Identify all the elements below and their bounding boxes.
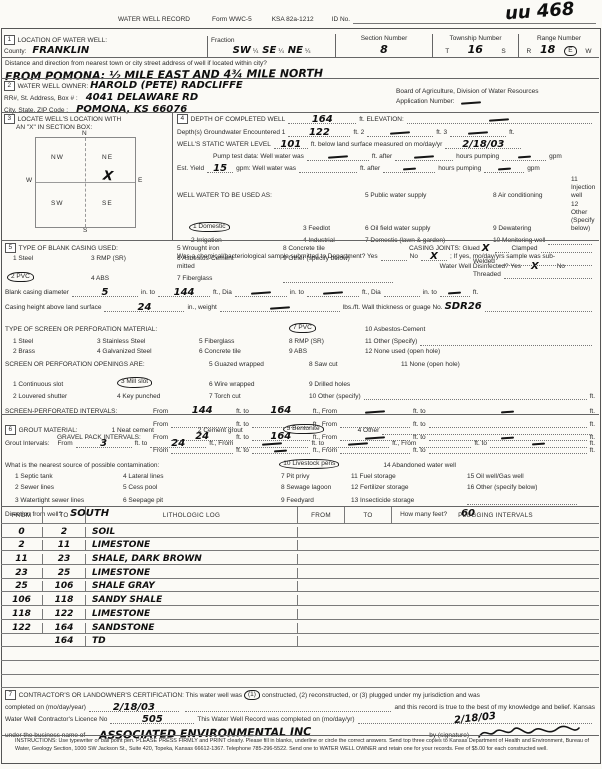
ne-label: NE [102, 154, 113, 162]
form-header: WATER WELL RECORD Form WWC-5 KSA 82a-121… [118, 15, 596, 24]
plug-from-cell [298, 646, 345, 647]
log-from-cell: 25 [1, 581, 43, 592]
grout-title: GROUT MATERIAL: [19, 427, 78, 435]
log-to-cell: 23 [43, 554, 86, 565]
plug-from-cell [298, 605, 345, 606]
joints-glued-x: X [482, 245, 490, 253]
cert-completed-date: 2/18/03 [113, 704, 155, 712]
range-cell: Range Number R 18 E W [518, 34, 599, 57]
use-option-12: 12 Other (Specify below) [571, 201, 595, 232]
opening-option-3-circled: 3 Mill slot [117, 377, 152, 387]
owner-label: WATER WELL OWNER: [18, 83, 89, 91]
plug-to-cell [345, 591, 392, 592]
openings-grid: SCREEN OR PERFORATION OPENINGS ARE: 5 Gu… [5, 361, 595, 401]
plug-interval-cell [392, 646, 599, 647]
table-row: 2 11 LIMESTONE [1, 538, 599, 552]
section-6-number: 6 [5, 425, 16, 435]
cert-line-2a: completed on (mo/day/year) [5, 704, 86, 712]
pump-hours-label: hours pumping [456, 153, 499, 161]
range-w: W [585, 48, 591, 56]
plug-interval-cell [392, 550, 599, 551]
contamination-option-12: 12 Fertilizer storage [351, 484, 467, 492]
section-1-number: 1 [4, 35, 15, 45]
id-blank-line [353, 15, 596, 24]
range-label: Range Number [522, 35, 596, 43]
pump-after-dash [414, 156, 434, 159]
joints-label: CASING JOINTS: Glued [409, 245, 480, 253]
table-row [1, 675, 599, 689]
casing-height-value: 24 [138, 304, 152, 312]
township-cell: Township Number T 16 S [432, 34, 518, 57]
groundwater-ft3: ft. 3 [436, 129, 447, 137]
plug-to-cell [345, 633, 392, 634]
grout-dash-2 [348, 443, 368, 446]
screen-option-8: 8 RMP (SR) [289, 338, 365, 346]
contamination-option-8: 8 Sewage lagoon [235, 484, 351, 492]
static-level-mid: ft. below land surface measured on mo/da… [311, 141, 443, 149]
grout-ftto3-label: ft. to [474, 440, 487, 448]
depth-value: 164 [312, 116, 333, 124]
log-from-cell [1, 646, 43, 647]
casing-option-5: 5 Wrought iron [177, 245, 283, 253]
screen-option-2: 2 Brass [5, 348, 97, 356]
diameter-dash-1 [251, 291, 271, 294]
diameter-label: Blank casing diameter [5, 289, 69, 297]
section-number-value: 8 [339, 43, 429, 56]
log-from-cell: 122 [1, 623, 43, 634]
casing-sdr-value: SDR26 [445, 301, 482, 312]
screen-option-10: 10 Asbestos-Cement [365, 326, 595, 334]
log-to-cell [43, 674, 86, 675]
screen-option-12: 12 None used (open hole) [365, 348, 595, 356]
form-title: WATER WELL RECORD [118, 16, 190, 24]
log-to-cell: 106 [43, 581, 86, 592]
table-row: 122 164 SANDSTONE [1, 620, 599, 634]
plug-to-cell [345, 564, 392, 565]
range-value: 18 [540, 43, 555, 56]
log-from-cell: 23 [1, 568, 43, 579]
log-desc-cell: SHALE GRAY [86, 581, 298, 592]
diameter-dash-2 [323, 291, 343, 294]
contamination-option-6: 6 Seepage pit [123, 497, 235, 505]
plug-from-cell [298, 578, 345, 579]
groundwater-3-dash [468, 132, 488, 135]
contamination-question: What is the nearest source of possible c… [5, 462, 159, 470]
log-from-cell: 118 [1, 609, 43, 620]
grout-option-2: 2 Cement grout [198, 427, 243, 435]
use-option-6: 6 Oil field water supply [365, 225, 493, 233]
address-label: RR#, St. Address, Box # : [4, 95, 78, 103]
static-level-label: WELL'S STATIC WATER LEVEL [177, 141, 271, 149]
table-row: 23 25 LIMESTONE [1, 565, 599, 579]
yield-label: Est. Yield [177, 165, 204, 173]
groundwater-2-dash [390, 132, 410, 135]
grout-option-3-circled: 3 Bentonite [283, 424, 324, 434]
opening-option-6: 6 Wire wrapped [209, 381, 309, 389]
plug-to-cell [345, 660, 392, 661]
log-from-cell: 0 [1, 527, 43, 538]
plug-from-cell [298, 537, 345, 538]
diameter-to-value: 144 [174, 289, 195, 297]
casing-option-2-circled: 2 PVC [7, 272, 34, 282]
east-label: E [138, 177, 142, 185]
plug-from-cell [298, 550, 345, 551]
section-4-number: 4 [177, 114, 188, 124]
plug-from-cell [298, 633, 345, 634]
plug-to-cell [345, 537, 392, 538]
casing-lbs-label: lbs./ft. Wall thickness or guage No. [343, 304, 443, 312]
plug-interval-cell [392, 591, 599, 592]
lithologic-table: FROM TO LITHOLOGIC LOG FROM TO PLUGGING … [1, 506, 599, 687]
plug-to-cell [345, 646, 392, 647]
plug-to-cell [345, 619, 392, 620]
table-row [1, 647, 599, 661]
grout-option-1: 1 Neat cement [112, 427, 154, 435]
plug-interval-cell [392, 564, 599, 565]
township-t: T [445, 48, 449, 56]
plug-from-cell [298, 619, 345, 620]
section-7-certification: 7 CONTRACTOR'S OR LANDOWNER'S CERTIFICAT… [1, 688, 599, 735]
fraction-cell: Fraction SW ¼ SE ¼ NE ¼ [207, 36, 335, 57]
opening-option-10: 10 Other (specify) [309, 393, 361, 401]
log-to-cell: 164 [43, 623, 86, 634]
section-3-title-2: AN "X" IN SECTION BOX: [16, 124, 169, 132]
section-box-hline [36, 182, 135, 183]
log-from-cell [1, 660, 43, 661]
plug-to-cell [345, 578, 392, 579]
cert-constructed-circled: (1) [244, 690, 260, 700]
diameter-into-2: in. to [290, 289, 304, 297]
grout-dash-3 [532, 443, 545, 446]
se-label: SE [102, 200, 113, 208]
log-desc-cell: LIMESTONE [86, 609, 298, 620]
contamination-option-3: 3 Watertight sewer lines [5, 497, 123, 505]
table-row: 0 2 SOIL [1, 524, 599, 538]
log-header-to: TO [43, 507, 86, 523]
contamination-option-13: 13 Insecticide storage [351, 497, 467, 505]
quarter-1: ¼ [253, 48, 258, 56]
cert-line-3b: This Water Well Record was completed on … [197, 716, 354, 724]
form-ksa: KSA 82a-1212 [272, 16, 314, 24]
yield-after-dash [403, 168, 416, 171]
nw-label: NW [51, 154, 64, 162]
opening-option-4: 4 Key punched [117, 393, 209, 401]
section-number-label: Section Number [339, 35, 429, 43]
table-row: 11 23 SHALE, DARK BROWN [1, 551, 599, 565]
lithologic-table-body: 0 2 SOIL 2 11 LIMESTONE 11 23 SHALE, DAR… [1, 524, 599, 688]
opening-option-5: 5 Guazed wrapped [209, 361, 309, 369]
casing-weight-label: in., weight [187, 304, 216, 312]
use-label: WELL WATER TO BE USED AS: [177, 192, 365, 200]
contamination-option-11: 11 Fuel storage [351, 473, 467, 481]
log-desc-cell [86, 674, 298, 675]
joints-welded: Welded [473, 258, 495, 266]
log-to-cell: 118 [43, 595, 86, 606]
section-2-owner: 2 WATER WELL OWNER: HAROLD (PETE) RADCLI… [1, 78, 599, 112]
grout-intervals-label: Grout Intervals: [5, 440, 49, 448]
cert-line-1a: CONTRACTOR'S OR LANDOWNER'S CERTIFICATIO… [19, 692, 242, 700]
distance-block: Distance and direction from nearest town… [2, 59, 598, 78]
grout-ft-end: ft. [590, 440, 595, 448]
log-header-pto: TO [345, 507, 392, 523]
log-desc-cell: SHALE, DARK BROWN [86, 554, 298, 565]
sw-label: SW [51, 200, 63, 208]
screen-option-1: 1 Steel [5, 338, 97, 346]
application-number-dash [460, 101, 480, 104]
openings-title: SCREEN OR PERFORATION OPENINGS ARE: [5, 361, 209, 369]
log-header-plug: PLUGGING INTERVALS [392, 507, 599, 523]
section-3-locate: 3 LOCATE WELL'S LOCATION WITH AN "X" IN … [1, 112, 173, 240]
use-option-8: 8 Air conditioning [493, 192, 571, 200]
plug-to-cell [345, 550, 392, 551]
screen-material-grid: TYPE OF SCREEN OR PERFORATION MATERIAL: … [5, 316, 595, 356]
diameter-into: in. to [141, 289, 155, 297]
county-cell: 1 LOCATION OF WATER WELL: County: FRANKL… [1, 34, 207, 57]
form-id-label: ID No. [332, 16, 350, 24]
groundwater-1-value: 122 [309, 129, 330, 137]
section-1-location: 1 LOCATION OF WATER WELL: County: FRANKL… [1, 28, 599, 58]
use-grid: WELL WATER TO BE USED AS: 5 Public water… [177, 176, 595, 245]
casing-title: TYPE OF BLANK CASING USED: [19, 245, 118, 253]
table-row: 118 122 LIMESTONE [1, 606, 599, 620]
log-to-cell: 2 [43, 527, 86, 538]
casing-option-6: 6 Asbestos-Cement [177, 255, 283, 263]
log-desc-cell: SANDSTONE [86, 623, 298, 634]
opening-option-1: 1 Continuous slot [5, 381, 117, 389]
log-desc-cell: SANDY SHALE [86, 595, 298, 606]
log-desc-cell: TD [86, 636, 298, 647]
opening-option-2: 2 Louvered shutter [5, 393, 117, 401]
joints-threaded: Threaded [473, 271, 501, 279]
diameter-ft-end: ft. [473, 289, 478, 297]
section-7-number: 7 [5, 690, 16, 700]
yield-mid-label: gpm: Well water was [236, 165, 296, 173]
log-from-cell [1, 674, 43, 675]
contamination-grid: 1 Septic tank 4 Lateral lines 7 Pit priv… [5, 473, 595, 505]
casing-option-7: 7 Fiberglass [177, 275, 283, 283]
log-from-cell: 11 [1, 554, 43, 565]
grout-to-value: 24 [171, 440, 185, 448]
contamination-option-10-circled: 10 Livestock pens [279, 459, 339, 469]
contamination-option-15: 15 Oil well/Gas well [467, 473, 595, 481]
log-desc-cell [86, 660, 298, 661]
township-value: 16 [468, 43, 483, 56]
diameter-value: 5 [101, 289, 108, 297]
yield-gpm-label: gpm [527, 165, 540, 173]
grout-dash-1 [262, 443, 282, 446]
cert-line-3a: Water Well Contractor's Licence No [5, 716, 107, 724]
spi-dash-2 [501, 410, 514, 413]
use-option-3: 3 Feedlot [303, 225, 365, 233]
plug-interval-cell [392, 660, 599, 661]
range-east-circled: E [564, 46, 576, 56]
cert-line-1b: constructed, (2) reconstructed, or (3) p… [262, 692, 480, 700]
use-option-5: 5 Public water supply [365, 192, 493, 200]
address-value: 4041 DELAWARE RD [86, 92, 198, 103]
log-header-from: FROM [1, 507, 43, 523]
township-label: Township Number [436, 35, 515, 43]
county-label: County: [4, 48, 26, 56]
pump-gpm-dash [518, 156, 531, 159]
casing-option-4: 4 ABS [91, 275, 177, 283]
screen-option-5: 5 Fiberglass [199, 338, 289, 346]
casing-option-8: 8 Concrete tile [283, 245, 405, 253]
casing-weight-dash [270, 306, 290, 309]
diameter-ftdia-2: ft., Dia [362, 289, 381, 297]
casing-option-3: 3 RMP (SR) [91, 255, 177, 263]
section-4-depth: 4 DEPTH OF COMPLETED WELL 164 ft. ELEVAT… [173, 112, 599, 240]
log-header-litho: LITHOLOGIC LOG [86, 507, 298, 523]
use-option-11: 11 Injection well [571, 176, 595, 199]
pump-gpm-label: gpm [549, 153, 562, 161]
opening-option-7: 7 Torch cut [209, 393, 309, 401]
log-desc-cell: LIMESTONE [86, 540, 298, 551]
diameter-into-3: in. to [423, 289, 437, 297]
groundwater-ft2: ft. 2 [353, 129, 364, 137]
opening-option-10-ft: ft. [590, 393, 595, 401]
log-to-cell: 164 [43, 636, 86, 647]
contamination-option-16: 16 Other (specify below) [467, 484, 595, 492]
log-from-cell: 2 [1, 540, 43, 551]
contamination-option-2: 2 Sewer lines [5, 484, 123, 492]
section-3-number: 3 [4, 114, 15, 124]
plug-from-cell [298, 660, 345, 661]
screen-material-title: TYPE OF SCREEN OR PERFORATION MATERIAL: [5, 326, 289, 334]
plug-interval-cell [392, 537, 599, 538]
fraction-3: NE [288, 45, 303, 56]
casing-height-label: Casing height above land surface [5, 304, 101, 312]
table-row: 164 TD [1, 634, 599, 648]
casing-option-1: 1 Steel [5, 255, 91, 263]
opening-option-11: 11 None (open hole) [401, 361, 595, 369]
south-label: S [83, 227, 87, 235]
grout-option-4: 4 Other [358, 427, 380, 435]
section-box-square: NW NE SW SE X [35, 137, 136, 228]
screen-option-9: 9 ABS [289, 348, 365, 356]
form-number: Form WWC-5 [212, 16, 252, 24]
static-level-date: 2/18/03 [462, 141, 504, 149]
elevation-dash [489, 119, 509, 122]
yield-gpm-dash [498, 168, 511, 171]
fraction-2: SE [262, 45, 276, 56]
grout-ftfrom2-label: ft., From [392, 440, 416, 448]
yield-hours-label: hours pumping [438, 165, 481, 173]
log-to-cell: 25 [43, 568, 86, 579]
west-label: W [26, 177, 32, 185]
casing-option-9: 9 Other (specify below) [283, 255, 405, 263]
grout-ftto2-label: ft. to [311, 440, 324, 448]
contamination-option-1: 1 Septic tank [5, 473, 123, 481]
fraction-label: Fraction [211, 37, 332, 45]
plug-interval-cell [392, 578, 599, 579]
pump-ww-dash [328, 156, 348, 159]
plug-from-cell [298, 674, 345, 675]
owner-value: HAROLD (PETE) RADCLIFFE [90, 80, 243, 91]
cert-license-value: 505 [142, 716, 163, 724]
contamination-option-7: 7 Pit privy [235, 473, 351, 481]
table-row: 25 106 SHALE GRAY [1, 579, 599, 593]
county-value: FRANKLIN [32, 45, 89, 56]
grout-ftto-label: ft. to [135, 440, 148, 448]
depth-label: DEPTH OF COMPLETED WELL [191, 116, 286, 124]
application-number-label: Application Number: [396, 98, 455, 106]
plug-interval-cell [392, 619, 599, 620]
section-number-cell: Section Number 8 [335, 34, 432, 57]
contamination-option-4: 4 Lateral lines [123, 473, 235, 481]
yield-value: 15 [213, 165, 227, 173]
section-5-casing: 5 TYPE OF BLANK CASING USED: 5 Wrought i… [1, 240, 599, 414]
groundwater-label: Depth(s) Groundwater Encountered 1 [177, 129, 285, 137]
plug-to-cell [345, 605, 392, 606]
grout-ftfrom-label: ft., From [209, 440, 233, 448]
board-label: Board of Agriculture, Division of Water … [396, 88, 538, 96]
groundwater-ft-end: ft. [509, 129, 514, 137]
opening-option-9: 9 Drilled holes [309, 381, 595, 389]
township-s: S [501, 48, 505, 56]
opening-option-8: 8 Saw cut [309, 361, 401, 369]
cert-record-date: 2/18/03 [453, 713, 496, 725]
well-location-x-mark: X [102, 169, 114, 185]
plug-interval-cell [392, 674, 599, 675]
section-2-number: 2 [4, 81, 15, 91]
joints-clamped: Clamped [512, 245, 538, 253]
pump-after-label: ft. after [372, 153, 392, 161]
quarter-2: ¼ [278, 48, 283, 56]
yield-after-label: ft. after [360, 165, 380, 173]
diameter-ftdia-1: ft., Dia [213, 289, 232, 297]
log-desc-cell: SOIL [86, 527, 298, 538]
screen-option-7-circled: 7 PVC [289, 323, 316, 333]
log-to-cell [43, 660, 86, 661]
use-option-9: 9 Dewatering [493, 225, 571, 233]
screen-option-3: 3 Stainless Steel [97, 338, 199, 346]
screen-option-4: 4 Galvanized Steel [97, 348, 199, 356]
plug-interval-cell [392, 633, 599, 634]
contamination-option-9: 9 Feedyard [235, 497, 351, 505]
log-from-cell: 106 [1, 595, 43, 606]
table-row [1, 661, 599, 675]
diameter-dash-3 [448, 292, 461, 295]
section-5-number: 5 [5, 243, 16, 253]
pump-test-label: Pump test data: Well water was [213, 153, 304, 161]
lithologic-table-header: FROM TO LITHOLOGIC LOG FROM TO PLUGGING … [1, 507, 599, 524]
table-row: 106 118 SANDY SHALE [1, 592, 599, 606]
log-desc-cell: LIMESTONE [86, 568, 298, 579]
log-header-pfrom: FROM [298, 507, 345, 523]
static-level-value: 101 [280, 141, 301, 149]
contamination-option-14: 14 Abandoned water well [383, 462, 456, 470]
section-6-grout: 6 GROUT MATERIAL: 1 Neat cement 2 Cement… [1, 414, 599, 506]
section-3-title-1: LOCATE WELL'S LOCATION WITH [18, 116, 122, 124]
quarter-3: ¼ [305, 48, 310, 56]
plug-from-cell [298, 591, 345, 592]
instructions-text: INSTRUCTIONS: Use typewriter or ball poi… [15, 738, 589, 754]
plug-to-cell [345, 674, 392, 675]
spi-dash-1 [365, 410, 385, 413]
screen-option-6: 6 Concrete tile [199, 348, 289, 356]
plug-interval-cell [392, 605, 599, 606]
plug-from-cell [298, 564, 345, 565]
log-to-cell: 122 [43, 609, 86, 620]
fraction-1: SW [233, 45, 251, 56]
grout-from-label: From [57, 440, 72, 448]
contamination-option-5: 5 Cess pool [123, 484, 235, 492]
instructions-block: INSTRUCTIONS: Use typewriter or ball poi… [1, 735, 599, 762]
section-box-diagram: N S W E NW NE SW SE X [35, 137, 135, 233]
section-1-title: LOCATION OF WATER WELL: [18, 37, 107, 45]
log-to-cell: 11 [43, 540, 86, 551]
grout-from-value: 3 [100, 440, 107, 448]
